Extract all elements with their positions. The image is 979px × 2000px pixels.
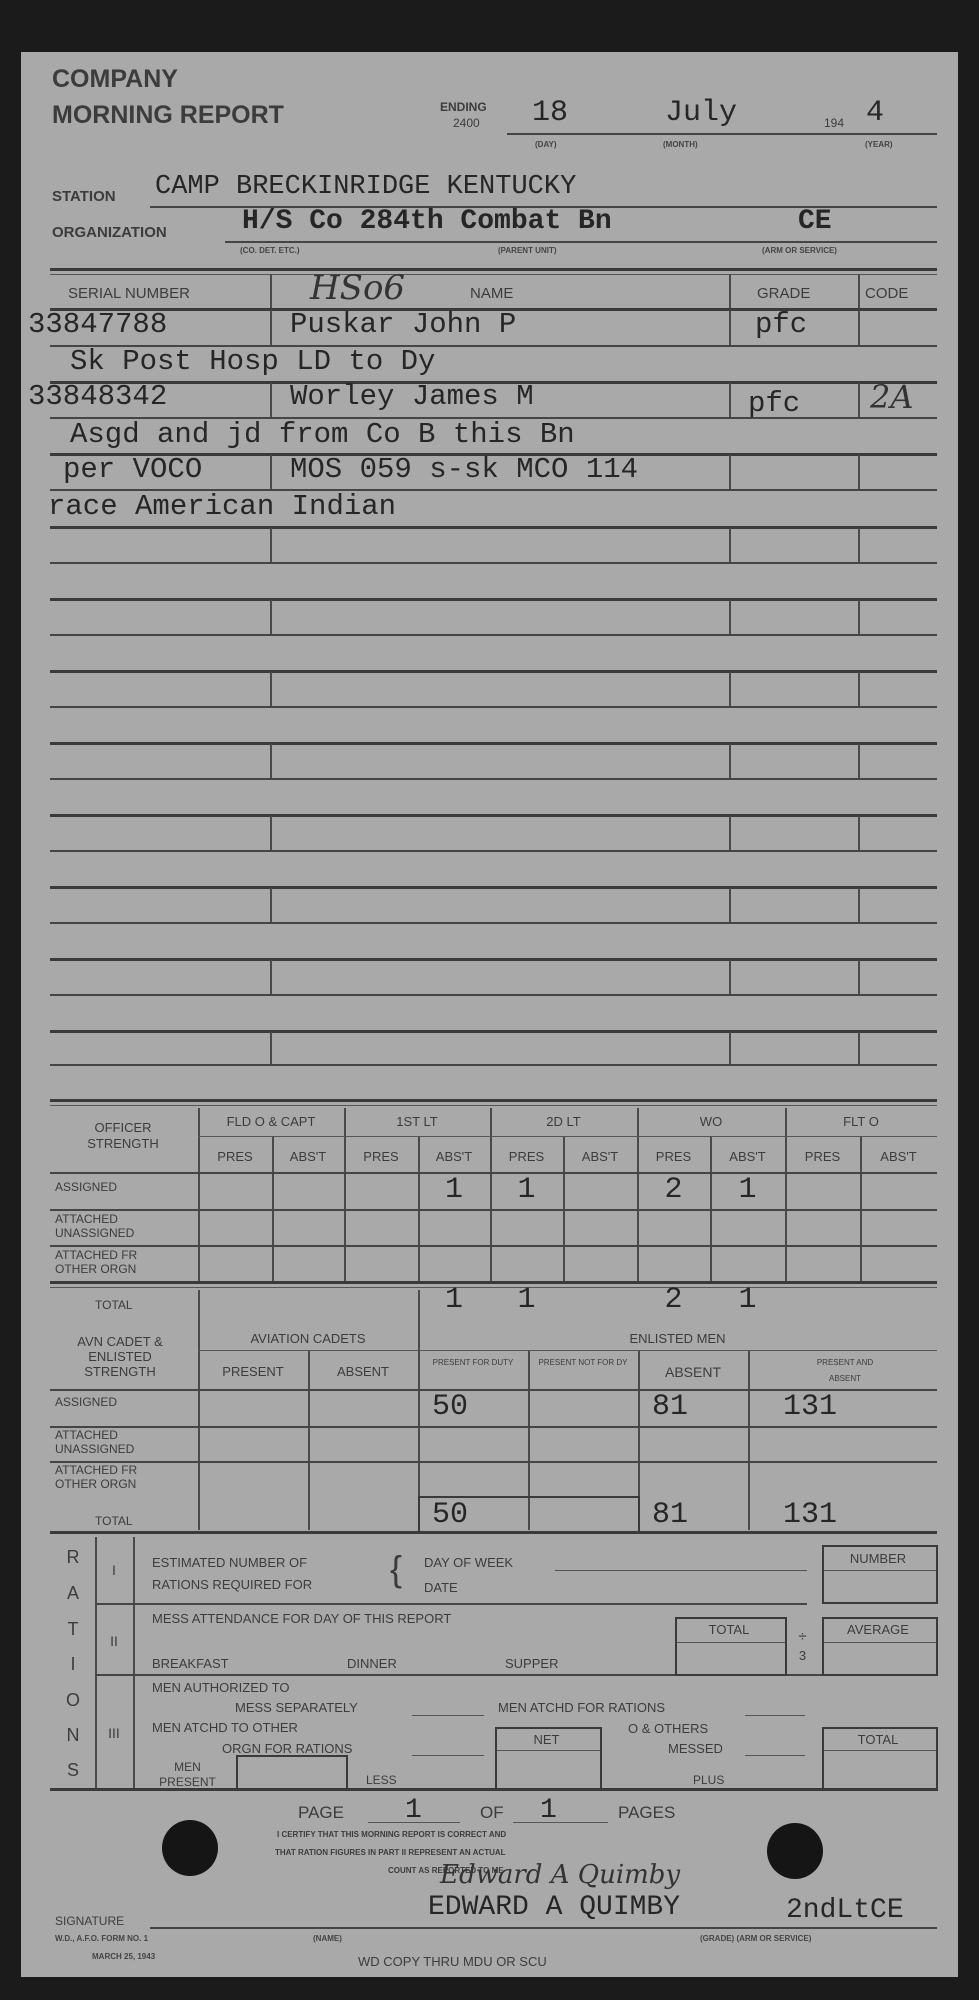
divide-by-three: 3: [790, 1648, 815, 1663]
entries-bottom-rule-2: [50, 1105, 937, 1106]
enlisted-value: 131: [783, 1390, 837, 1424]
row-rule: [50, 850, 937, 852]
net-box-label: NET: [495, 1732, 598, 1747]
row-label-attached-unassigned: ATTACHED UNASSIGNED: [55, 1212, 165, 1240]
col-divider: [858, 960, 860, 994]
breakfast-label: BREAKFAST: [152, 1656, 229, 1671]
col-divider: [858, 816, 860, 850]
sub-header: ABS'T: [563, 1149, 637, 1164]
row-rule: [50, 778, 937, 780]
row-rule: [50, 1064, 937, 1066]
name-header: NAME: [470, 285, 513, 302]
col-divider: [270, 816, 272, 850]
others-messed-field[interactable]: [745, 1755, 805, 1756]
name-caption: (NAME): [313, 1934, 342, 1943]
supper-label: SUPPER: [505, 1656, 558, 1671]
enlisted-value: 81: [652, 1390, 688, 1424]
form-date: MARCH 25, 1943: [92, 1952, 155, 1961]
sub-header: PRES: [785, 1149, 860, 1164]
row-rule: [50, 670, 937, 673]
men-present-box[interactable]: [236, 1755, 348, 1789]
entry-name: Puskar John P: [290, 308, 516, 341]
officer-value: 1: [418, 1173, 490, 1207]
row-rule: [50, 598, 937, 601]
report-year-digit: 4: [866, 96, 884, 130]
sub-header: PRES: [490, 1149, 563, 1164]
enlisted-value: 50: [432, 1498, 468, 1532]
row-rule: [50, 706, 937, 708]
col-divider: [729, 455, 731, 489]
side-letter: N: [58, 1725, 88, 1746]
col-divider: [729, 744, 731, 778]
col-divider: [729, 888, 731, 922]
row-rule: [95, 1674, 937, 1676]
col-divider: [198, 1290, 200, 1530]
day-caption: (DAY): [535, 140, 556, 149]
box-rule: [824, 1642, 936, 1643]
row-rule: [50, 562, 937, 564]
parent-caption: (PARENT UNIT): [498, 246, 557, 255]
ending-time: 2400: [453, 116, 480, 130]
col-divider: [729, 600, 731, 634]
officer-value: 1: [418, 1283, 490, 1317]
row-rule: [50, 634, 937, 636]
men-authorized-label-1: MEN AUTHORIZED TO: [152, 1680, 289, 1695]
col-divider: [729, 383, 731, 417]
serial-number-header: SERIAL NUMBER: [68, 285, 190, 302]
sub-header: PRES: [198, 1149, 272, 1164]
month-caption: (MONTH): [663, 140, 698, 149]
form-title-line1: COMPANY: [52, 65, 178, 94]
row-rule: [50, 886, 937, 889]
co-caption: (CO. DET. ETC.): [240, 246, 300, 255]
year-caption: (YEAR): [865, 140, 893, 149]
row-rule: [50, 526, 937, 529]
officer-value: 1: [710, 1173, 785, 1207]
part-iii-numeral: III: [95, 1725, 133, 1741]
row-label-attached-unassigned: ATTACHED UNASSIGNED: [55, 1428, 165, 1456]
row-rule: [198, 1350, 937, 1351]
total-box-label: TOTAL: [675, 1622, 783, 1637]
dinner-label: DINNER: [347, 1656, 397, 1671]
col-divider: [858, 600, 860, 634]
entry-serial: 33847788: [28, 308, 167, 341]
atchd-other-field[interactable]: [412, 1755, 484, 1756]
organization-line: [225, 241, 937, 243]
part-ii-numeral: II: [95, 1633, 133, 1649]
col-divider: [858, 274, 860, 308]
col-divider: [270, 310, 272, 345]
col-divider: [858, 455, 860, 489]
row-rule: [50, 922, 937, 924]
col-divider: [729, 960, 731, 994]
grade-caption: (GRADE) (ARM OR SERVICE): [700, 1934, 811, 1943]
box-rule: [497, 1750, 600, 1751]
number-box-label: NUMBER: [822, 1551, 934, 1566]
enlisted-value: 81: [652, 1498, 688, 1532]
row-label-attached-other: ATTACHED FR OTHER ORGN: [55, 1248, 175, 1276]
day-of-week-label: DAY OF WEEK: [424, 1555, 513, 1570]
side-letter: R: [58, 1547, 88, 1568]
officer-strength-title: OFFICER STRENGTH: [78, 1120, 168, 1152]
officer-value: 2: [637, 1283, 710, 1317]
box-rule: [824, 1750, 936, 1751]
pages-field: [513, 1822, 608, 1823]
officer-value: 2: [637, 1173, 710, 1207]
estimated-label-2: RATIONS REQUIRED FOR: [152, 1577, 312, 1592]
col-divider: [198, 1108, 200, 1281]
men-present-label-2: PRESENT: [140, 1775, 235, 1789]
punch-hole-left: [162, 1820, 218, 1876]
col-divider: [344, 1108, 346, 1281]
row-rule: [50, 994, 937, 996]
row-rule: [198, 1136, 937, 1137]
entries-bottom-rule: [50, 1099, 937, 1102]
divide-sign: ÷: [790, 1628, 815, 1645]
row-label-attached-other: ATTACHED FR OTHER ORGN: [55, 1463, 175, 1491]
group-header: 2D LT: [490, 1114, 637, 1129]
side-letter: T: [58, 1619, 88, 1640]
row-rule: [50, 814, 937, 817]
sub-header: ABS'T: [710, 1149, 785, 1164]
entry-code: 2A: [870, 378, 913, 416]
box-rule: [824, 1570, 936, 1571]
col-divider: [729, 672, 731, 706]
certify-line-1: I CERTIFY THAT THIS MORNING REPORT IS CO…: [277, 1830, 506, 1839]
row-label-total: TOTAL: [95, 1298, 133, 1312]
entry-remark-left: per VOCO: [63, 453, 202, 486]
enlisted-value: 50: [432, 1390, 468, 1424]
code-header: CODE: [865, 285, 908, 302]
certify-line-2: THAT RATION FIGURES IN PART II REPRESENT…: [275, 1848, 506, 1857]
mess-separately-field[interactable]: [412, 1715, 484, 1716]
col-divider: [729, 1032, 731, 1064]
part-i-numeral: I: [95, 1562, 133, 1578]
group-header: WO: [637, 1114, 785, 1129]
enlisted-men-header: ENLISTED MEN: [418, 1331, 937, 1346]
average-box-label: AVERAGE: [822, 1622, 934, 1637]
officer-value: 1: [490, 1283, 563, 1317]
handwritten-code: HSo6: [310, 268, 405, 308]
signature-label: SIGNATURE: [55, 1914, 124, 1928]
men-present-label-1: MEN: [140, 1760, 235, 1774]
officer-value: 1: [710, 1283, 785, 1317]
o-others-label-2: MESSED: [668, 1741, 723, 1756]
entry-grade: pfc: [748, 387, 800, 420]
col-divider: [270, 888, 272, 922]
col-divider: [729, 816, 731, 850]
row-rule: [50, 1030, 937, 1033]
side-letter: I: [58, 1654, 88, 1675]
col-divider: [270, 1032, 272, 1064]
grade-header: GRADE: [757, 285, 810, 302]
row-rule: [50, 1426, 937, 1428]
enlisted-strength-title: AVN CADET & ENLISTED STRENGTH: [65, 1334, 175, 1379]
form-title-line2: MORNING REPORT: [52, 101, 284, 130]
col-divider: [858, 672, 860, 706]
sub-header: ABSENT: [638, 1364, 748, 1380]
form-number: W.D., A.F.O. FORM NO. 1: [55, 1934, 148, 1943]
entry-grade: pfc: [755, 308, 807, 341]
col-divider: [858, 1032, 860, 1064]
row-label-total: TOTAL: [95, 1514, 133, 1528]
date-label: DATE: [424, 1580, 458, 1595]
group-header: FLD O & CAPT: [198, 1114, 344, 1129]
enlisted-value: 131: [783, 1498, 837, 1532]
sub-header: ABS'T: [272, 1149, 344, 1164]
men-atchd-other-label-2: ORGN FOR RATIONS: [222, 1741, 352, 1756]
copy-note: WD COPY THRU MDU OR SCU: [358, 1954, 547, 1969]
sub-header: ABSENT: [308, 1364, 418, 1379]
col-divider: [418, 1290, 420, 1530]
row-label-assigned: ASSIGNED: [55, 1180, 117, 1194]
col-divider: [858, 888, 860, 922]
sub-header: ABS'T: [418, 1149, 490, 1164]
organization-arm: CE: [798, 206, 832, 237]
row-rule: [50, 1461, 937, 1463]
entry-serial: 33848342: [28, 380, 167, 413]
sub-header: PRES: [344, 1149, 418, 1164]
col-divider: [729, 310, 731, 345]
col-divider: [270, 744, 272, 778]
row-label-assigned: ASSIGNED: [55, 1395, 117, 1409]
signature-line: [150, 1927, 937, 1929]
col-divider: [270, 274, 272, 308]
year-prefix: 194: [824, 116, 844, 130]
entry-remark-right: MOS 059 s-sk MCO 114: [290, 453, 638, 486]
col-divider: [858, 528, 860, 562]
report-month: July: [665, 96, 737, 130]
signer-grade: 2ndLtCE: [786, 1895, 904, 1926]
pages-label: PAGES: [618, 1803, 675, 1823]
total-box-part3-label: TOTAL: [822, 1732, 934, 1747]
col-divider: [270, 383, 272, 417]
men-authorized-label-2: MESS SEPARATELY: [235, 1700, 358, 1715]
entry-remark: Asgd and jd from Co B this Bn: [70, 418, 575, 451]
entry-remark: Sk Post Hosp LD to Dy: [70, 345, 435, 378]
side-letter: S: [58, 1760, 88, 1781]
signer-name: EDWARD A QUIMBY: [428, 1892, 680, 1923]
date-line: [507, 133, 937, 135]
mess-attendance-title: MESS ATTENDANCE FOR DAY OF THIS REPORT: [152, 1611, 451, 1626]
ending-label: ENDING: [440, 100, 487, 114]
organization-label: ORGANIZATION: [52, 224, 167, 241]
sub-header: PRES: [637, 1149, 710, 1164]
organization-value: H/S Co 284th Combat Bn: [242, 206, 612, 237]
plus-label: PLUS: [693, 1773, 724, 1787]
handwritten-signature: Edward A Quimby: [440, 1860, 680, 1890]
sub-header: PRESENT FOR DUTY: [428, 1355, 518, 1371]
aviation-cadets-header: AVIATION CADETS: [198, 1331, 418, 1346]
men-atchd-rations-field[interactable]: [745, 1715, 805, 1716]
page-number: 1: [405, 1795, 422, 1826]
page-total: 1: [540, 1795, 557, 1826]
day-of-week-field[interactable]: [555, 1570, 807, 1571]
entry-remark: race American Indian: [48, 490, 396, 523]
sub-header: PRESENT: [198, 1364, 308, 1379]
side-letter: O: [58, 1690, 88, 1711]
officer-value: 1: [490, 1173, 563, 1207]
group-header: FLT O: [785, 1114, 937, 1129]
entries-top-rule-2: [50, 274, 937, 275]
entry-name: Worley James M: [290, 380, 534, 413]
less-label: LESS: [366, 1773, 397, 1787]
punch-hole-right: [767, 1823, 823, 1879]
row-rule: [50, 1245, 937, 1247]
arm-caption: (ARM OR SERVICE): [762, 246, 837, 255]
page-label: PAGE: [298, 1803, 344, 1823]
row-rule: [50, 958, 937, 961]
col-divider: [858, 383, 860, 417]
group-header: 1ST LT: [344, 1114, 490, 1129]
col-divider: [858, 310, 860, 345]
col-divider: [785, 1108, 787, 1281]
sub-header: PRESENT NOT FOR DY: [538, 1355, 628, 1371]
men-atchd-other-label-1: MEN ATCHD TO OTHER: [152, 1720, 298, 1735]
row-rule: [95, 1603, 807, 1605]
o-others-label-1: O & OTHERS: [628, 1721, 708, 1736]
col-divider: [748, 1350, 750, 1530]
col-divider: [270, 960, 272, 994]
brace: {: [390, 1548, 402, 1590]
estimated-label-1: ESTIMATED NUMBER OF: [152, 1555, 307, 1570]
station-value: CAMP BRECKINRIDGE KENTUCKY: [155, 172, 576, 202]
col-divider: [858, 744, 860, 778]
row-rule: [50, 1209, 937, 1211]
col-divider: [729, 528, 731, 562]
of-label: OF: [480, 1803, 504, 1823]
col-divider: [133, 1537, 135, 1790]
col-divider: [270, 600, 272, 634]
col-divider: [270, 455, 272, 489]
col-divider: [729, 274, 731, 308]
sub-header: PRESENT AND ABSENT: [800, 1355, 890, 1387]
side-letter: A: [58, 1583, 88, 1604]
row-rule: [50, 742, 937, 745]
report-day: 18: [532, 96, 568, 130]
entries-top-rule: [50, 268, 937, 271]
box-rule: [677, 1642, 785, 1643]
sub-header: ABS'T: [860, 1149, 937, 1164]
col-divider: [270, 672, 272, 706]
col-divider: [270, 528, 272, 562]
men-atchd-rations-label: MEN ATCHD FOR RATIONS: [498, 1700, 665, 1715]
station-label: STATION: [52, 188, 116, 205]
